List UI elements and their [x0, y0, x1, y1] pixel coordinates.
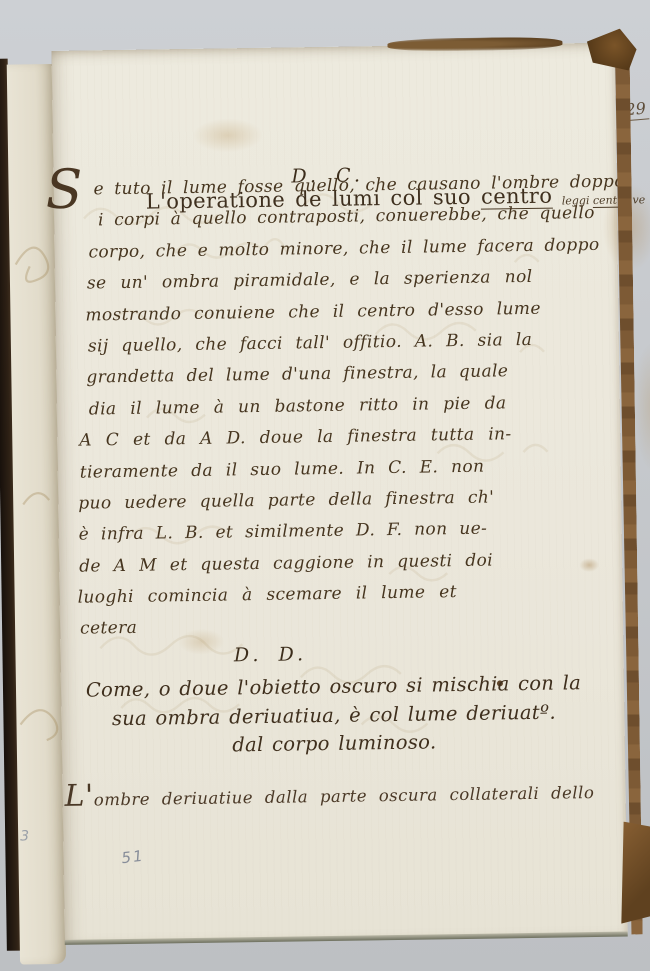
pencil-annotation-number: 51 — [121, 847, 146, 868]
manuscript-page: 29 D. C. L'operatione de lumi col suo ce… — [52, 43, 628, 942]
paragraph-opening-line: L'ombre deriuatiue dalla parte oscura co… — [64, 771, 619, 814]
foxing-stain — [193, 118, 263, 153]
photo-backdrop: 3 — [0, 0, 650, 971]
section-title: Come, o doue l'obietto oscuro si mischia… — [61, 669, 607, 763]
body-text-block: e tuto il lume fosse quello, che causano… — [67, 167, 619, 646]
edge-pencil-mark: 3 — [20, 828, 29, 844]
section-heading-dd: D. D. — [60, 641, 480, 669]
manuscript-book: 3 — [0, 0, 650, 971]
